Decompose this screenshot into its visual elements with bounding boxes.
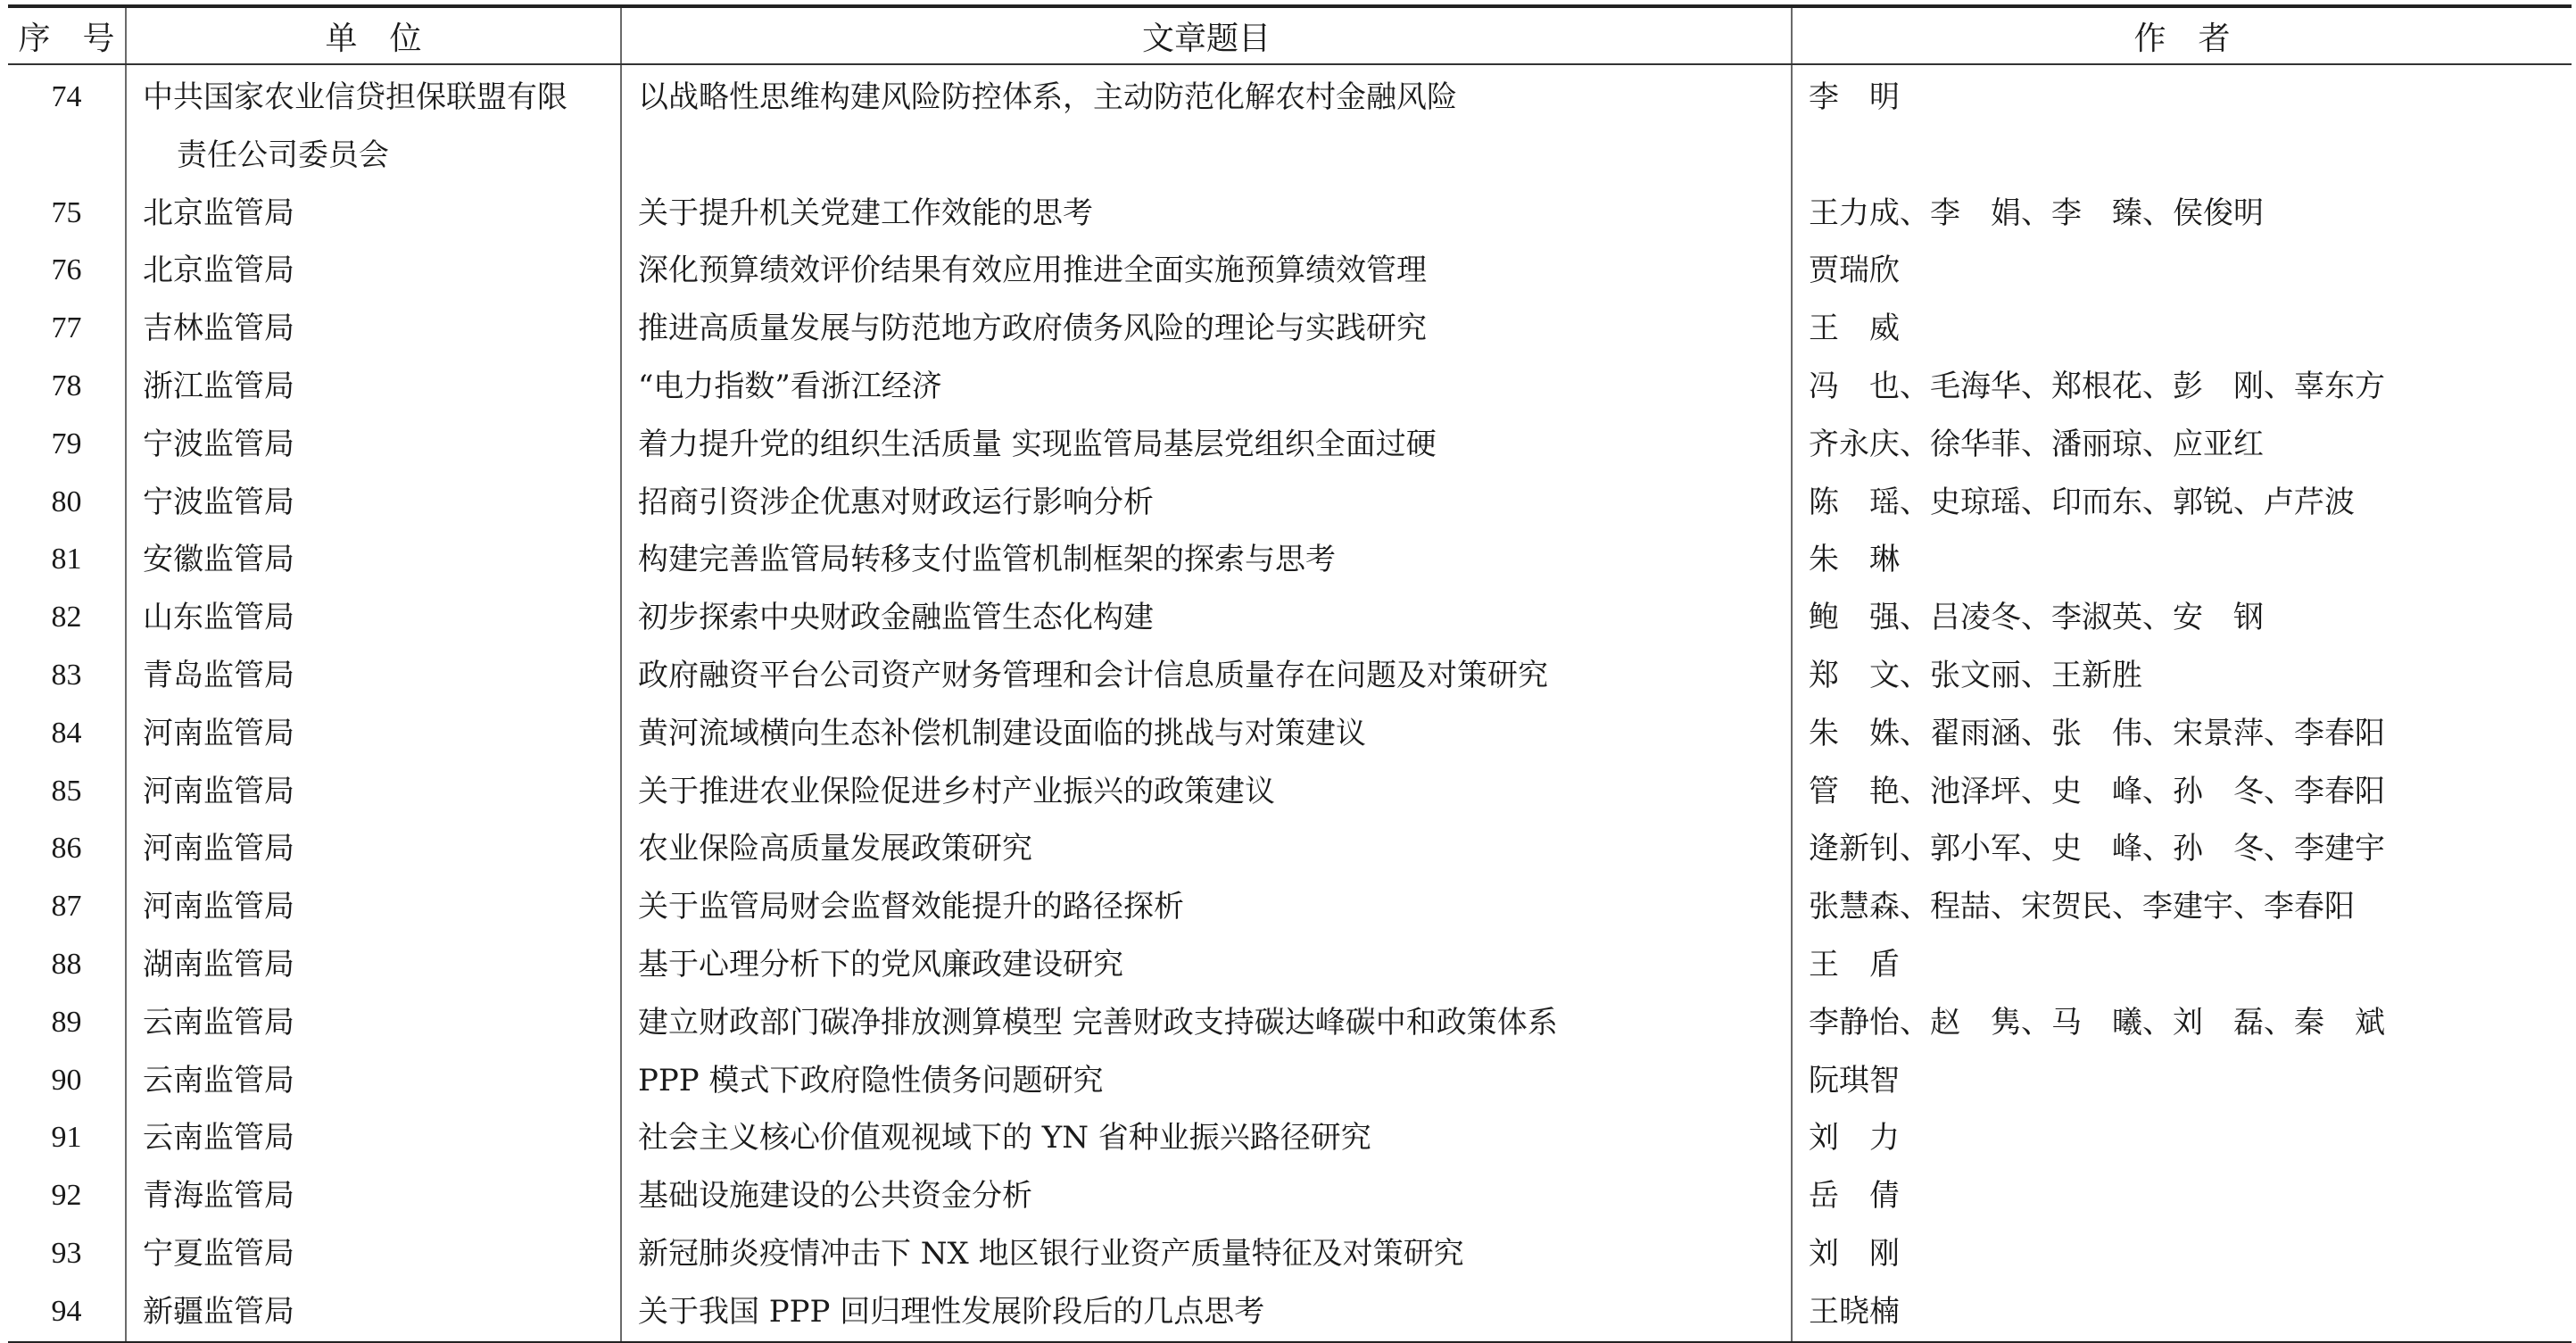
cell-author: 张慧森、程喆、宋贺民、李建宇、李春阳 — [1792, 878, 2572, 936]
table-row: 94 新疆监管局 关于我国 PPP 回归理性发展阶段后的几点思考 王晓楠 — [8, 1283, 2572, 1343]
cell-article-title: 推进高质量发展与防范地方政府债务风险的理论与实践研究 — [621, 300, 1792, 358]
cell-article-title: 初步探索中央财政金融监管生态化构建 — [621, 589, 1792, 647]
cell-author: 王力成、李 娟、李 臻、侯俊明 — [1792, 185, 2572, 243]
cell-unit: 青岛监管局 — [126, 647, 621, 705]
cell-unit: 安徽监管局 — [126, 531, 621, 589]
table-row: 78 浙江监管局 “电力指数”看浙江经济 冯 也、毛海华、郑根花、彭 刚、辜东方 — [8, 358, 2572, 416]
header-row: 序 号 单 位 文章题目 作 者 — [8, 6, 2572, 64]
cell-author: 刘 刚 — [1792, 1225, 2572, 1283]
header-author: 作 者 — [1792, 6, 2572, 64]
cell-author: 贾瑞欣 — [1792, 242, 2572, 300]
header-serial-number: 序 号 — [8, 6, 126, 64]
cell-serial-number: 89 — [8, 994, 126, 1052]
table-row: 76 北京监管局 深化预算绩效评价结果有效应用推进全面实施预算绩效管理 贾瑞欣 — [8, 242, 2572, 300]
cell-article-title: 着力提升党的组织生活质量 实现监管局基层党组织全面过硬 — [621, 416, 1792, 474]
cell-article-title: 以战略性思维构建风险防控体系，主动防范化解农村金融风险 — [621, 64, 1792, 185]
cell-author: 王晓楠 — [1792, 1283, 2572, 1343]
cell-author: 阮琪智 — [1792, 1052, 2572, 1110]
cell-unit: 宁波监管局 — [126, 416, 621, 474]
cell-author: 逄新钊、郭小军、史 峰、孙 冬、李建宇 — [1792, 820, 2572, 878]
cell-unit: 河南监管局 — [126, 763, 621, 821]
cell-author: 郑 文、张文丽、王新胜 — [1792, 647, 2572, 705]
cell-serial-number: 76 — [8, 242, 126, 300]
table-row: 88 湖南监管局 基于心理分析下的党风廉政建设研究 王 盾 — [8, 936, 2572, 994]
cell-unit: 河南监管局 — [126, 705, 621, 763]
cell-unit: 云南监管局 — [126, 1109, 621, 1167]
cell-article-title: 基础设施建设的公共资金分析 — [621, 1167, 1792, 1225]
cell-unit: 云南监管局 — [126, 1052, 621, 1110]
unit-line-2: 责任公司委员会 — [143, 127, 620, 185]
cell-serial-number: 75 — [8, 185, 126, 243]
cell-unit: 山东监管局 — [126, 589, 621, 647]
cell-unit: 北京监管局 — [126, 185, 621, 243]
cell-author: 冯 也、毛海华、郑根花、彭 刚、辜东方 — [1792, 358, 2572, 416]
cell-article-title: 关于监管局财会监督效能提升的路径探析 — [621, 878, 1792, 936]
cell-serial-number: 85 — [8, 763, 126, 821]
cell-serial-number: 91 — [8, 1109, 126, 1167]
cell-serial-number: 82 — [8, 589, 126, 647]
table-row: 92 青海监管局 基础设施建设的公共资金分析 岳 倩 — [8, 1167, 2572, 1225]
header-unit: 单 位 — [126, 6, 621, 64]
cell-serial-number: 92 — [8, 1167, 126, 1225]
table-row: 91 云南监管局 社会主义核心价值观视域下的 YN 省种业振兴路径研究 刘 力 — [8, 1109, 2572, 1167]
cell-author: 陈 瑶、史琼瑶、印而东、郭锐、卢芹波 — [1792, 474, 2572, 532]
table-row: 74 中共国家农业信贷担保联盟有限 责任公司委员会 以战略性思维构建风险防控体系… — [8, 64, 2572, 185]
cell-unit: 新疆监管局 — [126, 1283, 621, 1343]
cell-article-title: 农业保险高质量发展政策研究 — [621, 820, 1792, 878]
cell-unit: 宁夏监管局 — [126, 1225, 621, 1283]
cell-serial-number: 86 — [8, 820, 126, 878]
cell-article-title: 构建完善监管局转移支付监管机制框架的探索与思考 — [621, 531, 1792, 589]
table-row: 77 吉林监管局 推进高质量发展与防范地方政府债务风险的理论与实践研究 王 威 — [8, 300, 2572, 358]
cell-unit: 湖南监管局 — [126, 936, 621, 994]
cell-article-title: 关于我国 PPP 回归理性发展阶段后的几点思考 — [621, 1283, 1792, 1343]
cell-serial-number: 79 — [8, 416, 126, 474]
cell-article-title: 关于提升机关党建工作效能的思考 — [621, 185, 1792, 243]
cell-article-title: “电力指数”看浙江经济 — [621, 358, 1792, 416]
cell-unit: 青海监管局 — [126, 1167, 621, 1225]
cell-article-title: 关于推进农业保险促进乡村产业振兴的政策建议 — [621, 763, 1792, 821]
table-row: 89 云南监管局 建立财政部门碳净排放测算模型 完善财政支持碳达峰碳中和政策体系… — [8, 994, 2572, 1052]
awards-table-container: 序 号 单 位 文章题目 作 者 74 中共国家农业信贷担保联盟有限 责任公司委… — [8, 4, 2572, 1343]
cell-article-title: 社会主义核心价值观视域下的 YN 省种业振兴路径研究 — [621, 1109, 1792, 1167]
cell-author: 王 威 — [1792, 300, 2572, 358]
table-row: 87 河南监管局 关于监管局财会监督效能提升的路径探析 张慧森、程喆、宋贺民、李… — [8, 878, 2572, 936]
cell-serial-number: 90 — [8, 1052, 126, 1110]
table-row: 93 宁夏监管局 新冠肺炎疫情冲击下 NX 地区银行业资产质量特征及对策研究 刘… — [8, 1225, 2572, 1283]
cell-author: 管 艳、池泽坪、史 峰、孙 冬、李春阳 — [1792, 763, 2572, 821]
cell-unit: 宁波监管局 — [126, 474, 621, 532]
table-row: 79 宁波监管局 着力提升党的组织生活质量 实现监管局基层党组织全面过硬 齐永庆… — [8, 416, 2572, 474]
table-row: 83 青岛监管局 政府融资平台公司资产财务管理和会计信息质量存在问题及对策研究 … — [8, 647, 2572, 705]
header-article-title: 文章题目 — [621, 6, 1792, 64]
table-row: 82 山东监管局 初步探索中央财政金融监管生态化构建 鲍 强、吕凌冬、李淑英、安… — [8, 589, 2572, 647]
cell-author: 朱 琳 — [1792, 531, 2572, 589]
cell-serial-number: 78 — [8, 358, 126, 416]
cell-unit: 浙江监管局 — [126, 358, 621, 416]
cell-unit: 吉林监管局 — [126, 300, 621, 358]
table-row: 90 云南监管局 PPP 模式下政府隐性债务问题研究 阮琪智 — [8, 1052, 2572, 1110]
cell-serial-number: 94 — [8, 1283, 126, 1343]
cell-author: 齐永庆、徐华菲、潘丽琼、应亚红 — [1792, 416, 2572, 474]
table-row: 75 北京监管局 关于提升机关党建工作效能的思考 王力成、李 娟、李 臻、侯俊明 — [8, 185, 2572, 243]
cell-unit: 河南监管局 — [126, 820, 621, 878]
cell-article-title: 深化预算绩效评价结果有效应用推进全面实施预算绩效管理 — [621, 242, 1792, 300]
cell-author: 李 明 — [1792, 64, 2572, 185]
cell-unit: 北京监管局 — [126, 242, 621, 300]
cell-article-title: 新冠肺炎疫情冲击下 NX 地区银行业资产质量特征及对策研究 — [621, 1225, 1792, 1283]
cell-article-title: 黄河流域横向生态补偿机制建设面临的挑战与对策建议 — [621, 705, 1792, 763]
cell-author: 刘 力 — [1792, 1109, 2572, 1167]
cell-serial-number: 84 — [8, 705, 126, 763]
cell-author: 鲍 强、吕凌冬、李淑英、安 钢 — [1792, 589, 2572, 647]
table-row: 81 安徽监管局 构建完善监管局转移支付监管机制框架的探索与思考 朱 琳 — [8, 531, 2572, 589]
cell-unit: 云南监管局 — [126, 994, 621, 1052]
cell-article-title: 建立财政部门碳净排放测算模型 完善财政支持碳达峰碳中和政策体系 — [621, 994, 1792, 1052]
cell-serial-number: 74 — [8, 64, 126, 185]
cell-article-title: 基于心理分析下的党风廉政建设研究 — [621, 936, 1792, 994]
cell-serial-number: 77 — [8, 300, 126, 358]
cell-author: 朱 姝、翟雨涵、张 伟、宋景萍、李春阳 — [1792, 705, 2572, 763]
cell-serial-number: 83 — [8, 647, 126, 705]
table-header: 序 号 单 位 文章题目 作 者 — [8, 6, 2572, 64]
article-list-table: 序 号 单 位 文章题目 作 者 74 中共国家农业信贷担保联盟有限 责任公司委… — [8, 4, 2572, 1343]
cell-article-title: 政府融资平台公司资产财务管理和会计信息质量存在问题及对策研究 — [621, 647, 1792, 705]
cell-author: 王 盾 — [1792, 936, 2572, 994]
cell-serial-number: 81 — [8, 531, 126, 589]
cell-serial-number: 87 — [8, 878, 126, 936]
unit-line-1: 中共国家农业信贷担保联盟有限 — [143, 79, 567, 115]
cell-author: 岳 倩 — [1792, 1167, 2572, 1225]
cell-author: 李静怡、赵 隽、马 曦、刘 磊、秦 斌 — [1792, 994, 2572, 1052]
cell-article-title: PPP 模式下政府隐性债务问题研究 — [621, 1052, 1792, 1110]
cell-unit: 中共国家农业信贷担保联盟有限 责任公司委员会 — [126, 64, 621, 185]
table-row: 84 河南监管局 黄河流域横向生态补偿机制建设面临的挑战与对策建议 朱 姝、翟雨… — [8, 705, 2572, 763]
cell-serial-number: 93 — [8, 1225, 126, 1283]
cell-article-title: 招商引资涉企优惠对财政运行影响分析 — [621, 474, 1792, 532]
cell-unit: 河南监管局 — [126, 878, 621, 936]
cell-serial-number: 88 — [8, 936, 126, 994]
cell-serial-number: 80 — [8, 474, 126, 532]
table-body: 74 中共国家农业信贷担保联盟有限 责任公司委员会 以战略性思维构建风险防控体系… — [8, 64, 2572, 1343]
table-row: 85 河南监管局 关于推进农业保险促进乡村产业振兴的政策建议 管 艳、池泽坪、史… — [8, 763, 2572, 821]
table-row: 80 宁波监管局 招商引资涉企优惠对财政运行影响分析 陈 瑶、史琼瑶、印而东、郭… — [8, 474, 2572, 532]
table-row: 86 河南监管局 农业保险高质量发展政策研究 逄新钊、郭小军、史 峰、孙 冬、李… — [8, 820, 2572, 878]
